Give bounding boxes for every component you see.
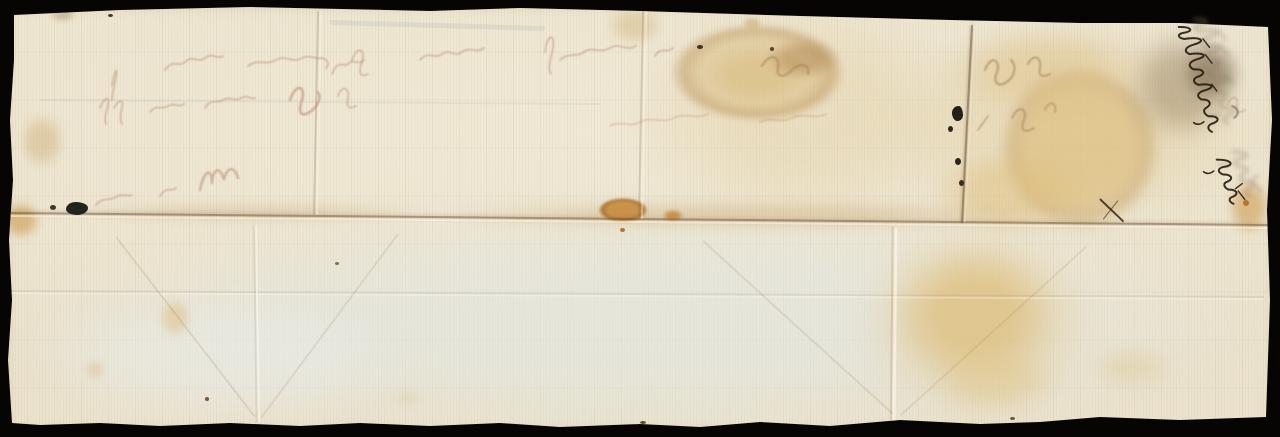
ink-speck (952, 106, 963, 121)
ink-speck (955, 158, 961, 165)
stain-lower-left-dot (84, 360, 106, 380)
ink-speck (959, 180, 964, 186)
ink-speck (697, 45, 703, 49)
ink-speck (108, 14, 113, 17)
ink-speck (1243, 200, 1249, 206)
ink-speck (50, 205, 56, 210)
ink-speck (620, 228, 625, 232)
stain-left-of-big (606, 6, 664, 46)
ink-speck (335, 262, 339, 265)
ink-speck (640, 421, 646, 424)
blue-streak-top (330, 20, 545, 31)
stain-squiggle-dark (765, 38, 840, 80)
tone-lower-left (20, 288, 420, 430)
stain-left-edge-crease (0, 200, 42, 240)
ink-speck (205, 397, 209, 401)
scan-background (0, 0, 1280, 437)
stain-bottom-mid (395, 390, 421, 406)
letter-verso-paper (0, 0, 1280, 437)
ink-speck (770, 47, 774, 51)
stain-dot-top (742, 16, 762, 30)
stain-left-edge-upper (18, 112, 66, 170)
ink-speck (430, 6, 440, 11)
stain-lower-right-tail (930, 345, 1060, 415)
stain-top-left-nick (50, 8, 76, 22)
smudge-gray-core (1180, 42, 1242, 104)
ink-speck (948, 126, 953, 132)
stain-lower-left-small (158, 297, 192, 339)
ink-speck (1010, 417, 1015, 420)
stain-lower-right-small (1090, 345, 1175, 390)
